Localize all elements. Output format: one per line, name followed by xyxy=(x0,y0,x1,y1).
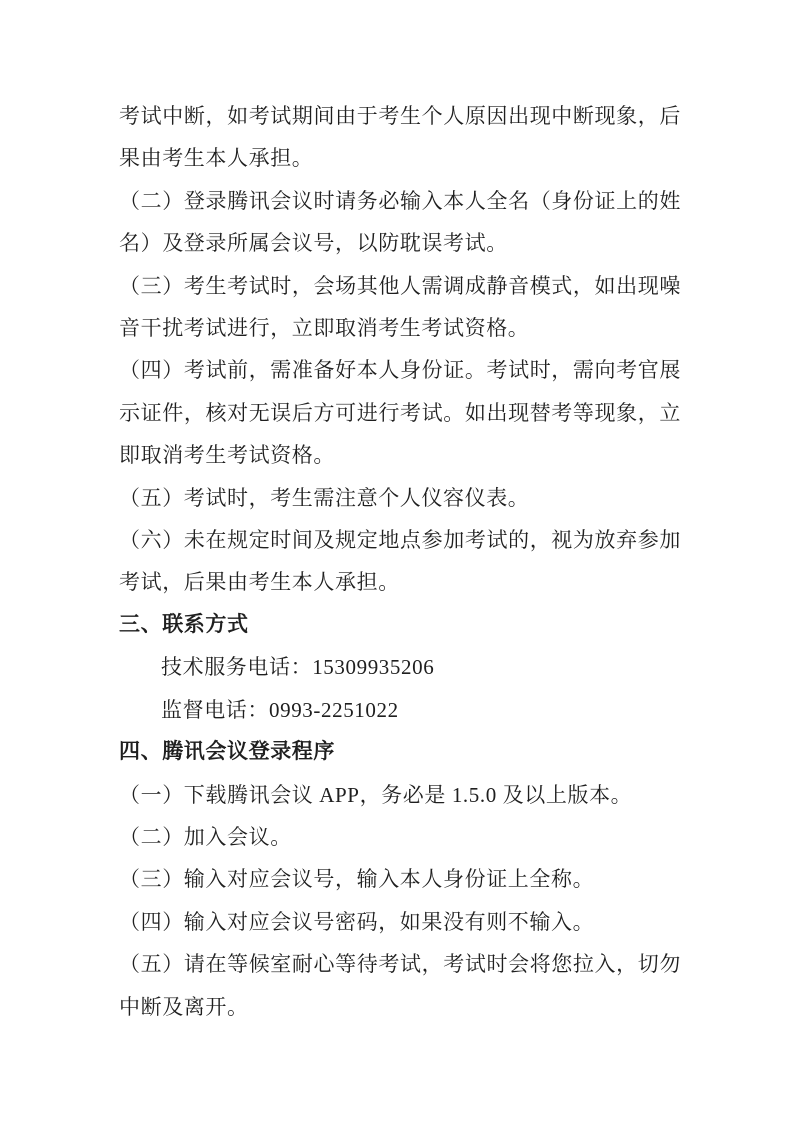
document-page: 考试中断，如考试期间由于考生个人原因出现中断现象，后果由考生本人承担。（二）登录… xyxy=(0,0,800,1131)
para-step-5: （五）请在等候室耐心等待考试，考试时会将您拉入，切勿中断及离开。 xyxy=(119,943,681,1028)
para-notice-3: （三）考生考试时，会场其他人需调成静音模式，如出现噪音干扰考试进行，立即取消考生… xyxy=(119,265,681,350)
para-notice-2: （二）登录腾讯会议时请务必输入本人全名（身份证上的姓名）及登录所属会议号，以防耽… xyxy=(119,180,681,265)
para-notice-6: （六）未在规定时间及规定地点参加考试的，视为放弃参加考试，后果由考生本人承担。 xyxy=(119,519,681,604)
heading-section-4-login-procedure: 四、腾讯会议登录程序 xyxy=(119,731,681,773)
para-notice-4: （四）考试前，需准备好本人身份证。考试时，需向考官展示证件，核对无误后方可进行考… xyxy=(119,349,681,476)
document-content: 考试中断，如考试期间由于考生个人原因出现中断现象，后果由考生本人承担。（二）登录… xyxy=(119,95,681,1028)
heading-section-3-contact: 三、联系方式 xyxy=(119,604,681,646)
para-step-1: （一）下载腾讯会议 APP，务必是 1.5.0 及以上版本。 xyxy=(119,774,681,816)
para-step-2: （二）加入会议。 xyxy=(119,816,681,858)
para-notice-5: （五）考试时，考生需注意个人仪容仪表。 xyxy=(119,477,681,519)
line-tech-service-phone: 技术服务电话：15309935206 xyxy=(119,646,681,688)
para-step-4: （四）输入对应会议号密码，如果没有则不输入。 xyxy=(119,901,681,943)
para-step-3: （三）输入对应会议号，输入本人身份证上全称。 xyxy=(119,858,681,900)
line-supervision-phone: 监督电话：0993-2251022 xyxy=(119,689,681,731)
para-exam-interruption-continuation: 考试中断，如考试期间由于考生个人原因出现中断现象，后果由考生本人承担。 xyxy=(119,95,681,180)
